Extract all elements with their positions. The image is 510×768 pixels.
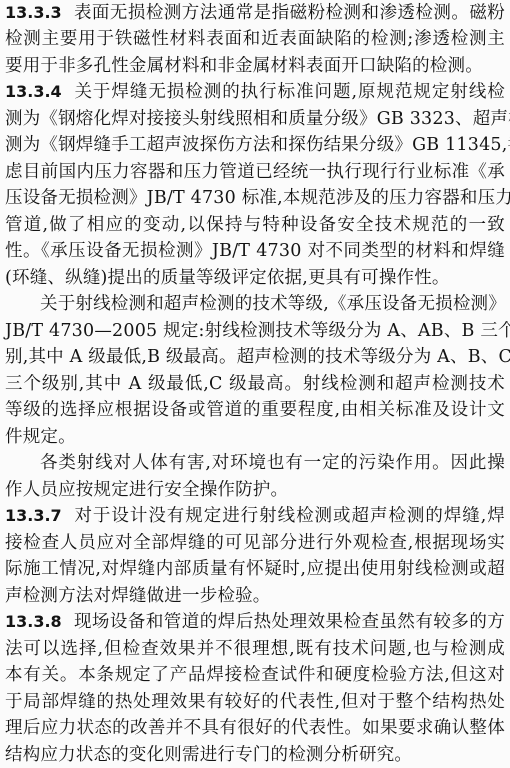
section-13-3-8-line-2: 法可以选择,但检查效果并不很理想,既有技术问题,也与检测成 bbox=[5, 636, 505, 662]
section-13-3-4-line-5: 压设备无损检测》JB/T 4730 标准,本规范涉及的压力容器和压力 bbox=[5, 185, 505, 211]
section-number: 13.3.7 bbox=[5, 506, 62, 525]
section-13-3-4-line-4: 虑目前国内压力容器和压力管道已经统一执行现行行业标准《承 bbox=[5, 159, 505, 185]
section-13-3-8-line-4: 于局部焊缝的热处理效果有较好的代表性,但对于整个结构热处 bbox=[5, 689, 505, 715]
section-13-3-7-line-2: 接检查人员应对全部焊缝的可见部分进行外观检查,根据现场实 bbox=[5, 530, 505, 556]
section-number: 13.3.4 bbox=[5, 82, 62, 101]
grades-paragraph-line-4: 三个级别,其中 A 级最低,C 级最高。射线检测和超声检测技术 bbox=[5, 371, 505, 397]
grades-paragraph-line-3: 别,其中 A 级最低,B 级最高。超声检测的技术等级分为 A、B、C bbox=[5, 344, 505, 370]
section-13-3-4-line-2: 测为《钢熔化焊对接接头射线照相和质量分级》GB 3323、超声检 bbox=[5, 106, 505, 132]
grades-paragraph-line-2: JB/T 4730—2005 规定:射线检测技术等级分为 A、AB、B 三个级 bbox=[5, 318, 505, 344]
section-13-3-7-line-4: 声检测方法对焊缝做进一步检验。 bbox=[5, 583, 505, 609]
grades-paragraph-line-6: 件规定。 bbox=[5, 424, 505, 450]
text: 现场设备和管道的焊后热处理效果检查虽然有较多的方 bbox=[74, 612, 505, 632]
section-13-3-8-line-6: 结构应力状态的变化则需进行专门的检测分析研究。 bbox=[5, 742, 505, 768]
grades-paragraph-line-1: 关于射线检测和超声检测的技术等级,《承压设备无损检测》 bbox=[40, 291, 505, 317]
section-13-3-3-line-2: 检测主要用于铁磁性材料表面和近表面缺陷的检测;渗透检测主 bbox=[5, 26, 505, 52]
section-13-3-4-line-8: (环缝、纵缝)提出的质量等级评定依据,更具有可操作性。 bbox=[5, 265, 505, 291]
section-13-3-7-line-3: 际施工情况,对焊缝内部质量有怀疑时,应提出使用射线检测或超 bbox=[5, 556, 505, 582]
section-13-3-4-line-3: 测为《钢焊缝手工超声波探伤方法和探伤结果分级》GB 11345,考 bbox=[5, 132, 505, 158]
text: 表面无损检测方法通常是指磁粉检测和渗透检测。磁粉 bbox=[74, 3, 505, 23]
section-13-3-3-line-1: 13.3.3表面无损检测方法通常是指磁粉检测和渗透检测。磁粉 bbox=[5, 0, 505, 26]
section-13-3-3-line-3: 要用于非多孔性金属材料和非金属材料表面开口缺陷的检测。 bbox=[5, 53, 505, 79]
section-13-3-4-line-1: 13.3.4关于焊缝无损检测的执行标准问题,原规范规定射线检 bbox=[5, 79, 505, 105]
section-13-3-7-line-1: 13.3.7对于设计没有规定进行射线检测或超声检测的焊缝,焊 bbox=[5, 503, 505, 529]
section-13-3-8-line-1: 13.3.8现场设备和管道的焊后热处理效果检查虽然有较多的方 bbox=[5, 609, 505, 635]
text: 关于焊缝无损检测的执行标准问题,原规范规定射线检 bbox=[74, 82, 505, 102]
safety-paragraph-line-2: 作人员应按规定进行安全操作防护。 bbox=[5, 477, 505, 503]
text: 对于设计没有规定进行射线检测或超声检测的焊缝,焊 bbox=[74, 506, 505, 526]
section-13-3-8-line-5: 理后应力状态的改善并不具有很好的代表性。如果要求确认整体 bbox=[5, 715, 505, 741]
document-page: 13.3.3表面无损检测方法通常是指磁粉检测和渗透检测。磁粉 检测主要用于铁磁性… bbox=[0, 0, 510, 768]
section-13-3-8-line-3: 本有关。本条规定了产品焊接检查试件和硬度检验方法,但这对 bbox=[5, 662, 505, 688]
safety-paragraph-line-1: 各类射线对人体有害,对环境也有一定的污染作用。因此操 bbox=[40, 450, 505, 476]
section-13-3-4-line-7: 性。《承压设备无损检测》JB/T 4730 对不同类型的材料和焊缝 bbox=[5, 238, 505, 264]
section-number: 13.3.8 bbox=[5, 612, 62, 631]
section-13-3-4-line-6: 管道,做了相应的变动,以保持与特种设备安全技术规范的一致 bbox=[5, 212, 505, 238]
section-number: 13.3.3 bbox=[5, 3, 62, 22]
grades-paragraph-line-5: 等级的选择应根据设备或管道的重要程度,由相关标准及设计文 bbox=[5, 397, 505, 423]
